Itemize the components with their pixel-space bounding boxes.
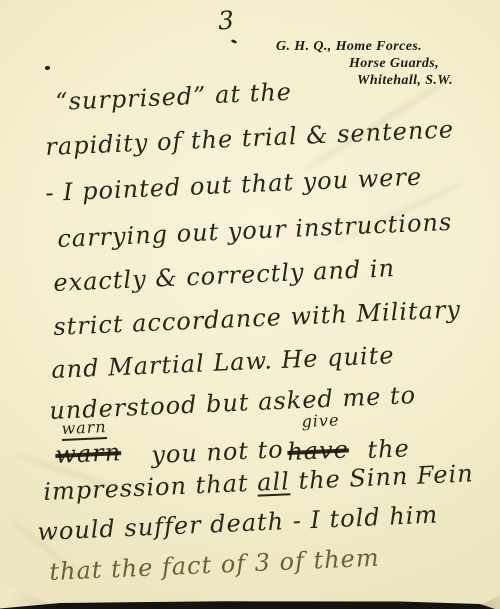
page-number: 3 [217, 5, 235, 35]
struck-out-word: have [287, 435, 350, 466]
scan-edge-shadow [0, 598, 500, 609]
manuscript-line-fragment: the [367, 434, 410, 464]
manuscript-line: strict accordance with Military [53, 295, 462, 341]
manuscript-line: and Martial Law. He quite [51, 341, 395, 384]
manuscript-line: carrying out your instructions [57, 208, 453, 253]
letterhead-line: Horse Guards, [349, 56, 439, 72]
manuscript-line: - I pointed out that you were [45, 163, 423, 207]
pen-flick-mark [231, 39, 238, 44]
manuscript-line: would suffer death - I told him [37, 501, 439, 546]
manuscript-line-fragment: the Sinn Fein [298, 459, 474, 495]
struck-out-word: warn [55, 438, 122, 469]
manuscript-line: that the fact of 3 of them [49, 544, 380, 586]
letterhead-line: G. H. Q., Home Forces. [276, 39, 422, 55]
letterhead-line: Whitehall, S.W. [357, 73, 453, 89]
inserted-word: warn [61, 417, 107, 441]
letter-page: 3 G. H. Q., Home Forces. Horse Guards, W… [0, 0, 500, 609]
manuscript-line: exactly & correctly and in [53, 254, 396, 297]
inserted-word: give [301, 410, 340, 431]
manuscript-line: rapidity of the trial & sentence [45, 115, 455, 161]
manuscript-line-fragment: you not to [151, 435, 284, 469]
ink-blot [45, 66, 50, 70]
manuscript-line: “surprised” at the [55, 78, 293, 116]
underlined-word: all [257, 467, 291, 496]
